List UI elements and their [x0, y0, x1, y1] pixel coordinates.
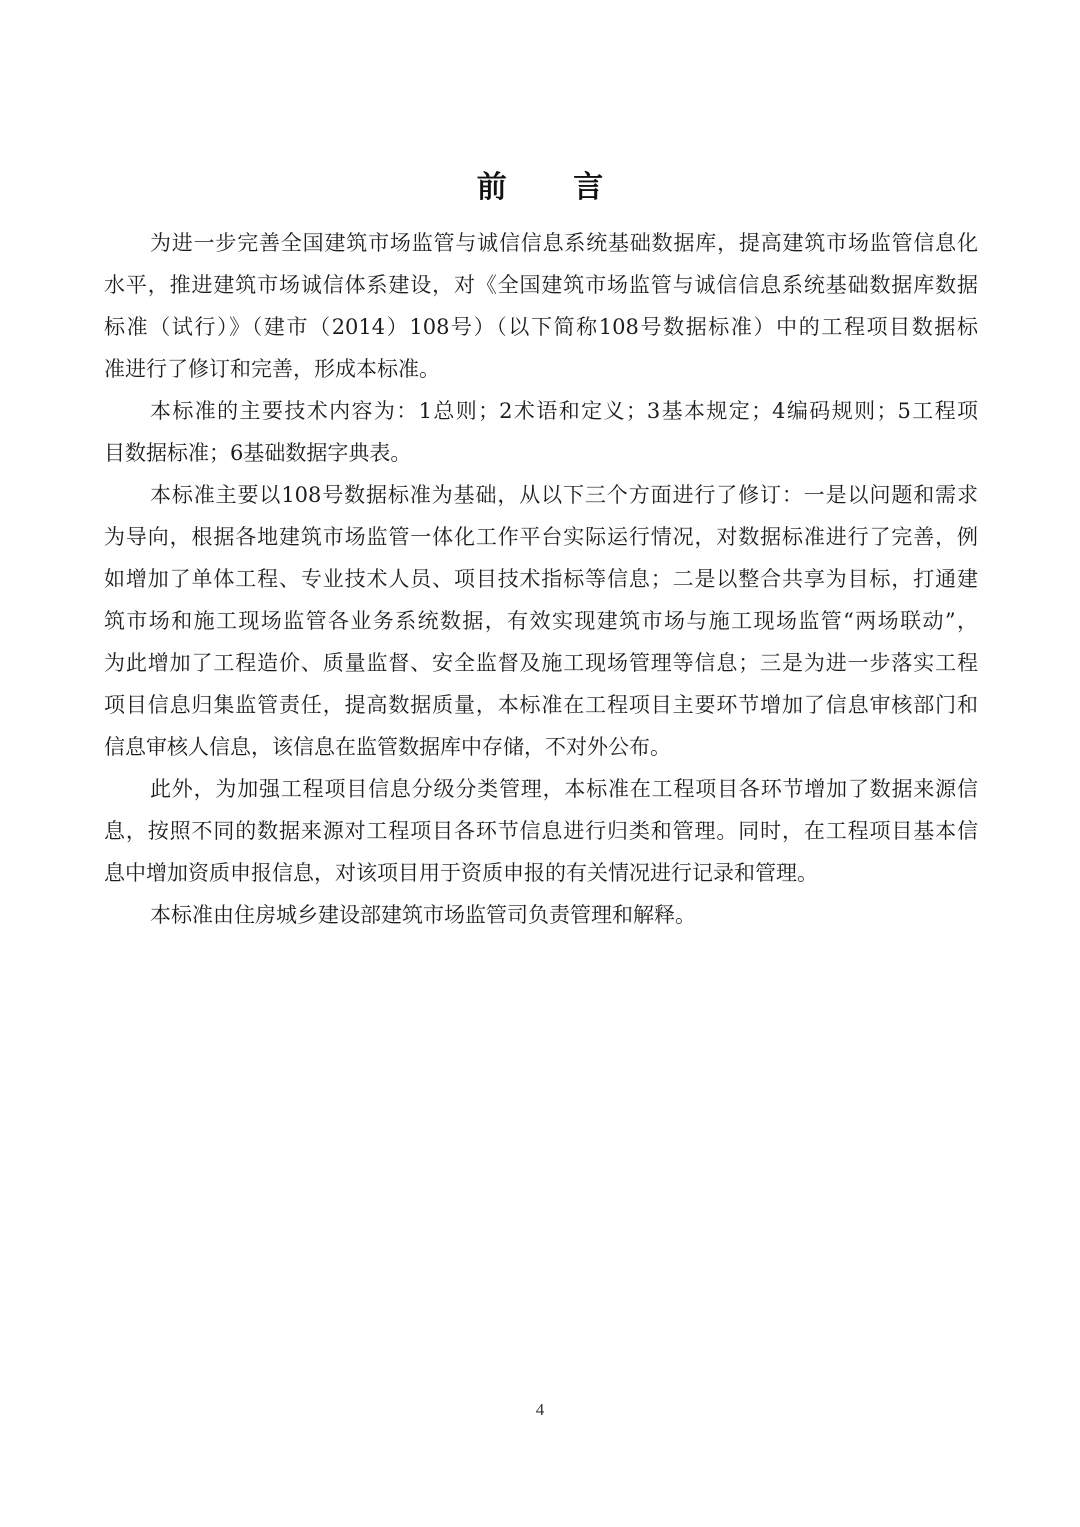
text-line: 本标准的主要技术内容为：1总则；2术语和定义；3基本规定；4编码规则；5工程项	[104, 390, 978, 432]
text-line: 为此增加了工程造价、质量监督、安全监督及施工现场管理等信息；三是为进一步落实工程	[104, 642, 978, 684]
document-body: 为进一步完善全国建筑市场监管与诚信信息系统基础数据库，提高建筑市场监管信息化 水…	[104, 222, 978, 936]
paragraph: 为进一步完善全国建筑市场监管与诚信信息系统基础数据库，提高建筑市场监管信息化 水…	[104, 222, 978, 390]
text-line: 本标准主要以108号数据标准为基础，从以下三个方面进行了修订：一是以问题和需求	[104, 474, 978, 516]
page-title: 前 言	[0, 162, 1080, 206]
document-page: 前 言 为进一步完善全国建筑市场监管与诚信信息系统基础数据库，提高建筑市场监管信…	[0, 0, 1080, 1527]
paragraph: 本标准由住房城乡建设部建筑市场监管司负责管理和解释。	[104, 894, 978, 936]
paragraph: 本标准主要以108号数据标准为基础，从以下三个方面进行了修订：一是以问题和需求 …	[104, 474, 978, 768]
text-line: 项目信息归集监管责任，提高数据质量，本标准在工程项目主要环节增加了信息审核部门和	[104, 684, 978, 726]
page-number: 4	[0, 1400, 1080, 1420]
text-line: 目数据标准；6基础数据字典表。	[104, 432, 978, 474]
paragraph: 本标准的主要技术内容为：1总则；2术语和定义；3基本规定；4编码规则；5工程项 …	[104, 390, 978, 474]
text-line: 如增加了单体工程、专业技术人员、项目技术指标等信息；二是以整合共享为目标，打通建	[104, 558, 978, 600]
text-line: 标准（试行）》（建市（2014）108号）（以下简称108号数据标准）中的工程项…	[104, 306, 978, 348]
text-line: 为导向，根据各地建筑市场监管一体化工作平台实际运行情况，对数据标准进行了完善，例	[104, 516, 978, 558]
text-line: 信息审核人信息，该信息在监管数据库中存储，不对外公布。	[104, 726, 978, 768]
text-line: 本标准由住房城乡建设部建筑市场监管司负责管理和解释。	[104, 894, 978, 936]
text-line: 水平，推进建筑市场诚信体系建设，对《全国建筑市场监管与诚信信息系统基础数据库数据	[104, 264, 978, 306]
paragraph: 此外，为加强工程项目信息分级分类管理，本标准在工程项目各环节增加了数据来源信 息…	[104, 768, 978, 894]
text-line: 为进一步完善全国建筑市场监管与诚信信息系统基础数据库，提高建筑市场监管信息化	[104, 222, 978, 264]
text-line: 此外，为加强工程项目信息分级分类管理，本标准在工程项目各环节增加了数据来源信	[104, 768, 978, 810]
text-line: 息，按照不同的数据来源对工程项目各环节信息进行归类和管理。同时，在工程项目基本信	[104, 810, 978, 852]
text-line: 息中增加资质申报信息，对该项目用于资质申报的有关情况进行记录和管理。	[104, 852, 978, 894]
text-line: 准进行了修订和完善，形成本标准。	[104, 348, 978, 390]
text-line: 筑市场和施工现场监管各业务系统数据，有效实现建筑市场与施工现场监管“两场联动”，	[104, 600, 978, 642]
